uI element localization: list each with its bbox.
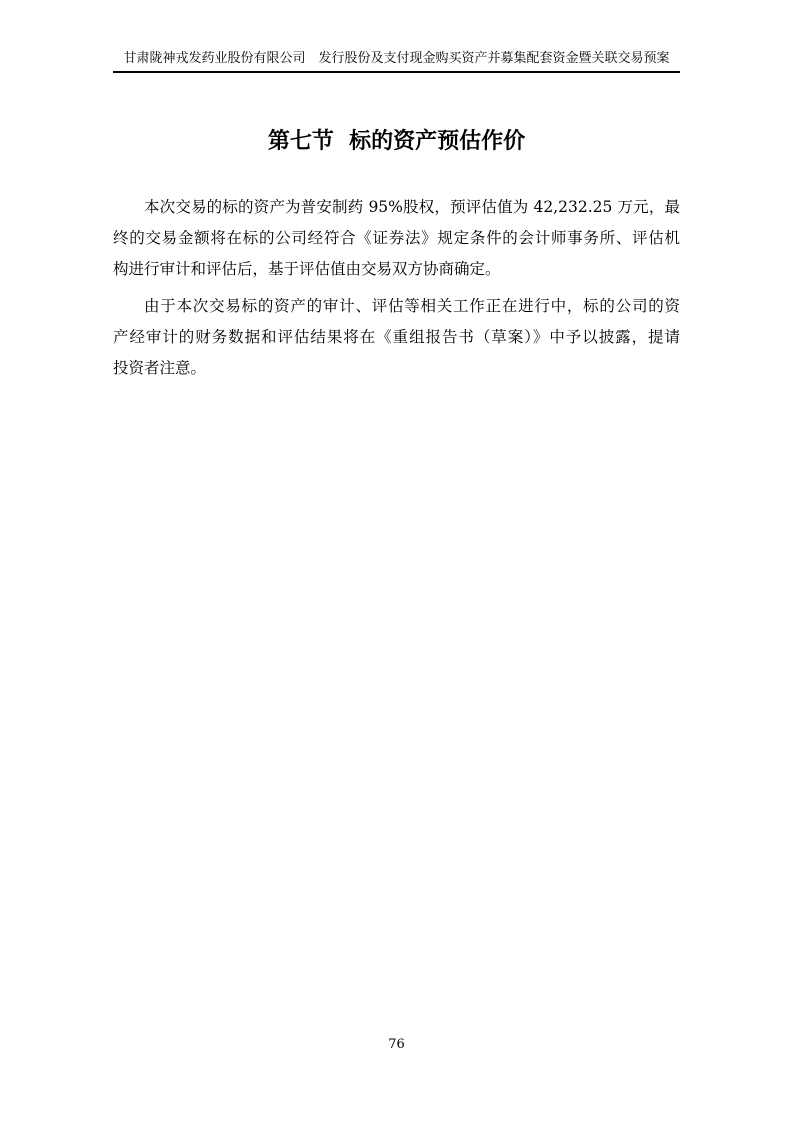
document-body: 本次交易的标的资产为普安制药 95%股权，预评估值为 42,232.25 万元，…: [113, 192, 680, 384]
paragraph: 由于本次交易标的资产的审计、评估等相关工作正在进行中，标的公司的资产经审计的财务…: [113, 291, 680, 384]
section-title: 第七节 标的资产预估作价: [113, 127, 680, 155]
paragraph-line: 本次交易的标的资产为普安制药 95%股权，预评估值为 42,232.25 万元，…: [113, 192, 680, 223]
paragraph-line: 由于本次交易标的资产的审计、评估等相关工作正在进行中，标的公司的资: [113, 291, 680, 322]
header-running-title: 甘肃陇神戎发药业股份有限公司 发行股份及支付现金购买资产并募集配套资金暨关联交易…: [123, 51, 669, 66]
paragraph-line: 产经审计的财务数据和评估结果将在《重组报告书（草案）》中予以披露，提请: [113, 322, 680, 353]
paragraph: 本次交易的标的资产为普安制药 95%股权，预评估值为 42,232.25 万元，…: [113, 192, 680, 285]
paragraph-line: 构进行审计和评估后，基于评估值由交易双方协商确定。: [113, 254, 680, 285]
paragraph-line: 终的交易金额将在标的公司经符合《证券法》规定条件的会计师事务所、评估机: [113, 223, 680, 254]
page-number: 76: [388, 1037, 405, 1052]
page-header: 甘肃陇神戎发药业股份有限公司 发行股份及支付现金购买资产并募集配套资金暨关联交易…: [113, 50, 680, 73]
paragraph-line: 投资者注意。: [113, 353, 680, 384]
page-footer: 76: [0, 1037, 793, 1053]
document-page: 甘肃陇神戎发药业股份有限公司 发行股份及支付现金购买资产并募集配套资金暨关联交易…: [0, 0, 793, 1122]
